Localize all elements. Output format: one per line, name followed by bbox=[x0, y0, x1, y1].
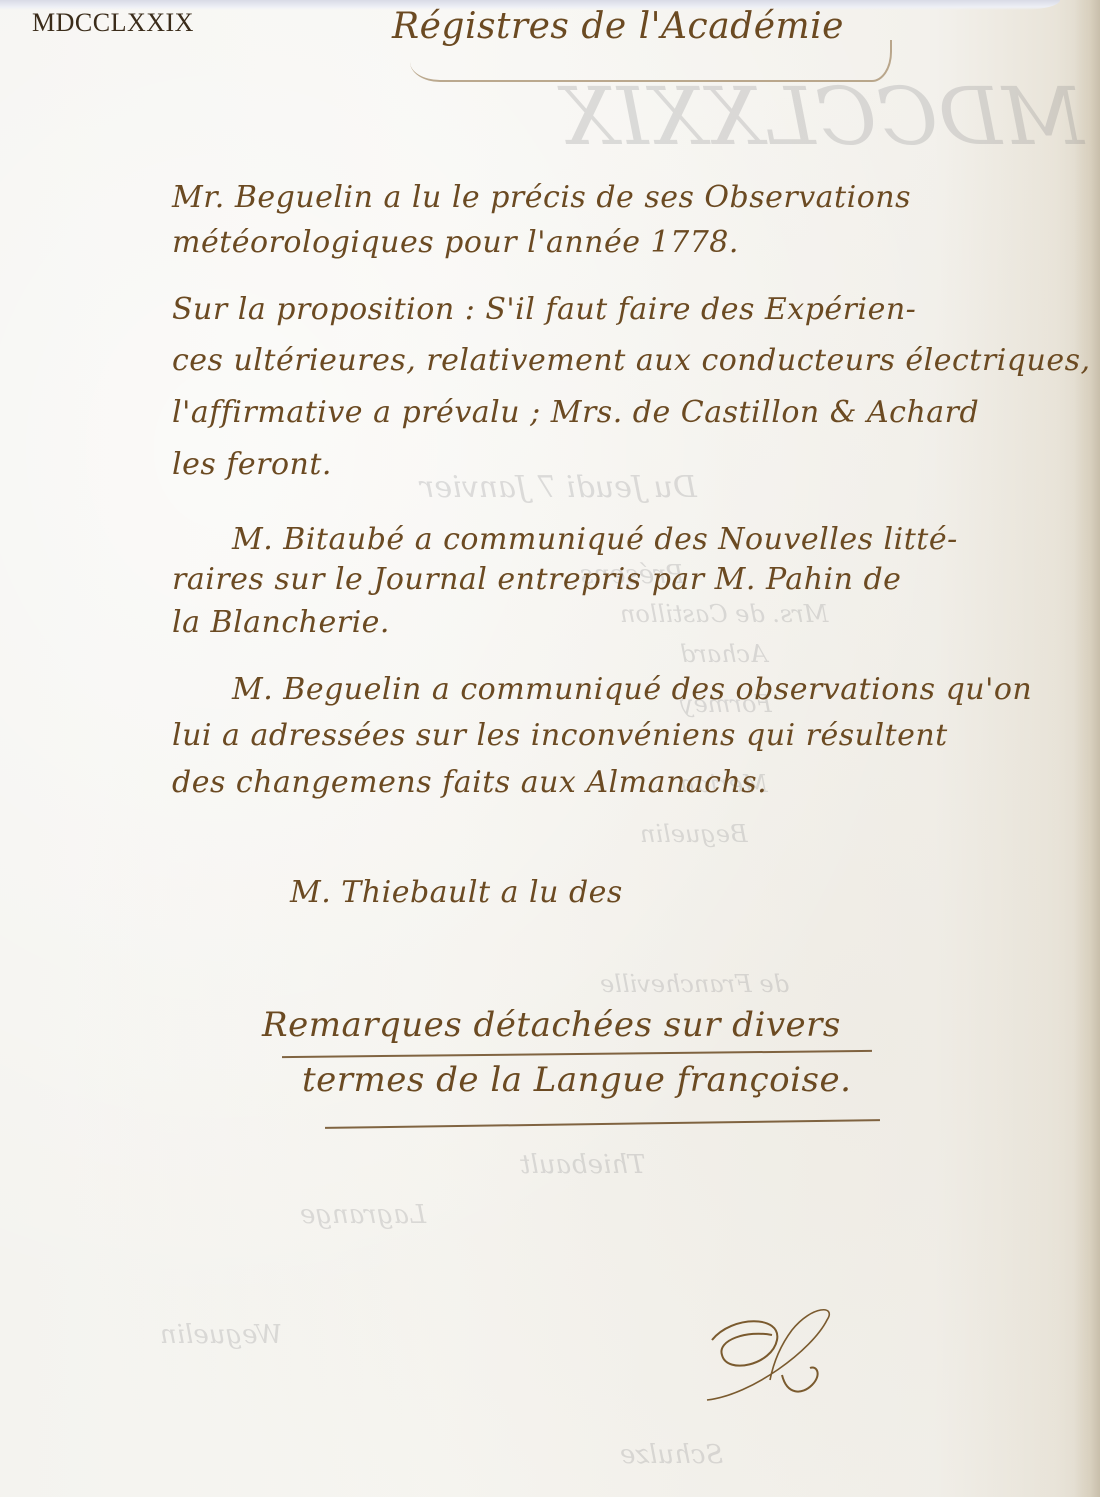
memoir-title-line: termes de la Langue françoise. bbox=[302, 1060, 851, 1100]
entry-line: M. Thiebault a lu des bbox=[290, 875, 623, 910]
bleed-through-text: Du Jeudi 7 Janvier bbox=[420, 470, 697, 505]
bleed-through-text: Weguelin bbox=[160, 1320, 282, 1350]
bleed-through-text: Thiebault bbox=[520, 1150, 645, 1180]
entry-line: M. Beguelin a communiqué des observation… bbox=[232, 672, 1032, 707]
running-head-flourish bbox=[410, 40, 892, 82]
entry-line: lui a adressées sur les inconvéniens qui… bbox=[172, 718, 948, 753]
memoir-title-underline bbox=[282, 1050, 872, 1058]
entry-line: météorologiques pour l'année 1778. bbox=[172, 225, 739, 260]
bleed-through-year: MDCCLXXIX bbox=[560, 70, 1084, 163]
entry-line: M. Bitaubé a communiqué des Nouvelles li… bbox=[232, 522, 958, 557]
bleed-through-text: Lagrange bbox=[300, 1200, 426, 1230]
bleed-through-text: Beguelin bbox=[640, 820, 748, 848]
bleed-through-text: Achard bbox=[680, 640, 767, 668]
memoir-title-line: Remarques détachées sur divers bbox=[262, 1005, 841, 1045]
entry-line: raires sur le Journal entrepris par M. P… bbox=[172, 562, 901, 597]
entry-line: Mr. Beguelin a lu le précis de ses Obser… bbox=[172, 180, 911, 215]
entry-line: ces ultérieures, relativement aux conduc… bbox=[172, 343, 1091, 378]
signature-flourish: Da bbox=[652, 1300, 852, 1410]
entry-line: l'affirmative a prévalu ; Mrs. de Castil… bbox=[172, 395, 979, 430]
entry-line: les feront. bbox=[172, 447, 332, 482]
entry-line: des changemens faits aux Almanachs. bbox=[172, 765, 767, 800]
memoir-title-underline bbox=[325, 1119, 880, 1129]
bleed-through-text: Schulze bbox=[620, 1440, 723, 1470]
entry-line: Sur la proposition : S'il faut faire des… bbox=[172, 292, 916, 327]
year-numeral: MDCCLXXIX bbox=[32, 8, 194, 38]
bleed-through-text: de Francheville bbox=[600, 970, 789, 998]
bleed-through-text: Mrs. de Castillon bbox=[620, 600, 828, 628]
entry-line: la Blancherie. bbox=[172, 605, 390, 640]
page-gutter-shadow bbox=[1074, 0, 1100, 1497]
signature-initials: Da bbox=[802, 1404, 804, 1406]
manuscript-page: MDCCLXXIX Du Jeudi 7 Janvier Présens Mrs… bbox=[0, 0, 1100, 1497]
